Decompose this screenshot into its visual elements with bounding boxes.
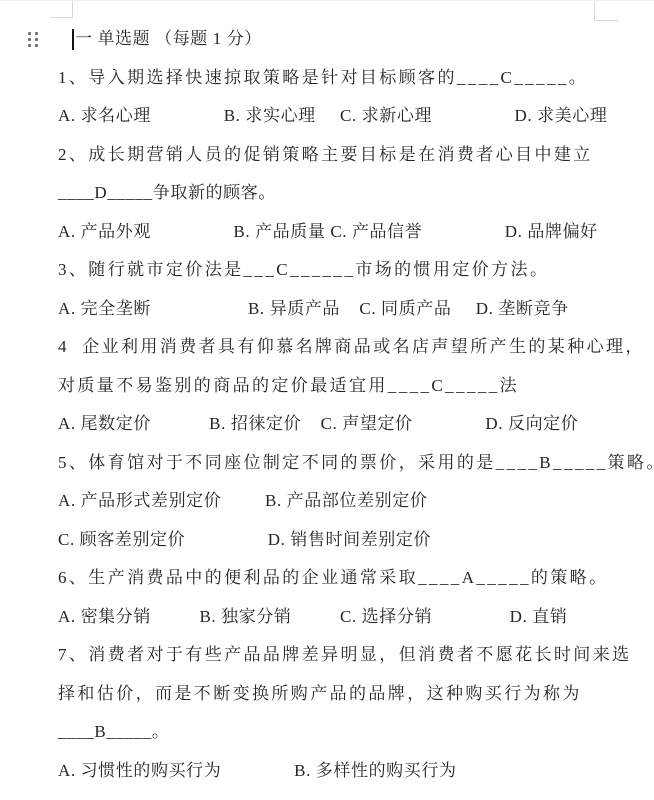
question-2-text-line-1[interactable]: 2、成长期营销人员的促销策略主要目标是在消费者心目中建立	[58, 136, 646, 175]
question-4-text-line-2[interactable]: 对质量不易鉴别的商品的定价最适宜用____C_____法	[58, 367, 646, 406]
section-heading[interactable]: 一 单选题 （每题 1 分）	[58, 20, 646, 59]
question-5-options-row-2[interactable]: C. 顾客差别定价 D. 销售时间差别定价	[58, 521, 646, 560]
document-page: 一 单选题 （每题 1 分） 1、导入期选择快速掠取策略是针对目标顾客的____…	[0, 0, 654, 800]
question-7-text-line-2[interactable]: 择和估价，而是不断变换所购产品的品牌，这种购买行为称为	[58, 675, 646, 714]
margin-corner-mark-top-left-vertical	[72, 1, 73, 17]
margin-corner-mark-top-left-horizontal	[50, 17, 73, 18]
question-6-text[interactable]: 6、生产消费品中的便利品的企业通常采取____A_____的策略。	[58, 559, 646, 598]
question-3-options[interactable]: A. 完全垄断 B. 异质产品 C. 同质产品 D. 垄断竞争	[58, 290, 646, 329]
question-5-text[interactable]: 5、体育馆对于不同座位制定不同的票价，采用的是____B_____策略。	[58, 444, 646, 483]
question-2-options[interactable]: A. 产品外观 B. 产品质量 C. 产品信誉 D. 品牌偏好	[58, 213, 646, 252]
document-body: 一 单选题 （每题 1 分） 1、导入期选择快速掠取策略是针对目标顾客的____…	[58, 20, 646, 790]
margin-corner-mark-top-right-vertical	[594, 1, 595, 20]
question-7-options[interactable]: A. 习惯性的购买行为 B. 多样性的购买行为	[58, 752, 646, 791]
question-6-options[interactable]: A. 密集分销 B. 独家分销 C. 选择分销 D. 直销	[58, 598, 646, 637]
block-drag-handle-icon[interactable]	[28, 32, 42, 48]
question-7-text-line-3[interactable]: ____B_____。	[58, 713, 646, 752]
question-5-options-row-1[interactable]: A. 产品形式差别定价 B. 产品部位差别定价	[58, 482, 646, 521]
question-3-text[interactable]: 3、随行就市定价法是___C______市场的惯用定价方法。	[58, 251, 646, 290]
question-1-text[interactable]: 1、导入期选择快速掠取策略是针对目标顾客的____C_____。	[58, 59, 646, 98]
question-4-options[interactable]: A. 尾数定价 B. 招徕定价 C. 声望定价 D. 反向定价	[58, 405, 646, 444]
question-1-options[interactable]: A. 求名心理 B. 求实心理 C. 求新心理 D. 求美心理	[58, 97, 646, 136]
question-7-text-line-1[interactable]: 7、消费者对于有些产品品牌差异明显，但消费者不愿花长时间来选	[58, 636, 646, 675]
question-4-text-line-1[interactable]: 4 企业利用消费者具有仰慕名牌商品或名店声望所产生的某种心理，	[58, 328, 646, 367]
question-2-text-line-2[interactable]: ____D_____争取新的顾客。	[58, 174, 646, 213]
